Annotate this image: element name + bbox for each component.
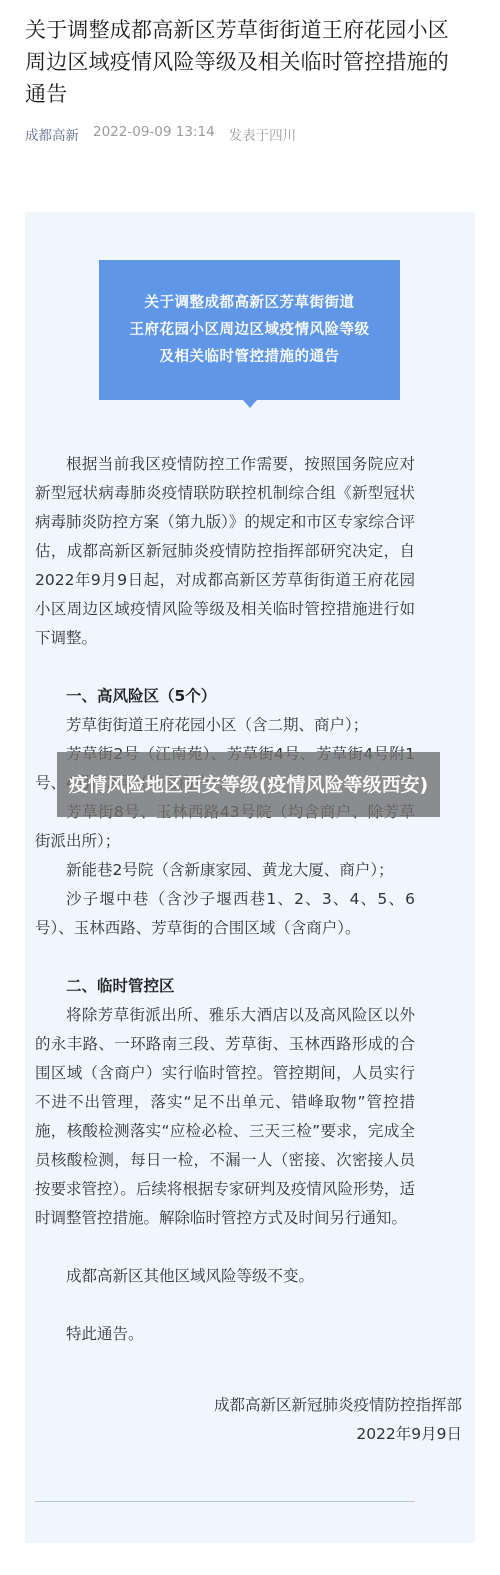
intro-paragraph: 根据当前我区疫情防控工作需要，按照国务院应对新型冠状病毒肺炎疫情联防联控机制综合…	[35, 450, 415, 653]
banner-line: 关于调整成都高新区芳草街街道	[99, 290, 400, 317]
signature-block: 成都高新区新冠肺炎疫情防控指挥部 2022年9月9日	[214, 1391, 462, 1449]
banner-line: 王府花园小区周边区域疫情风险等级	[99, 317, 400, 344]
article-title: 关于调整成都高新区芳草街街道王府花园小区周边区域疫情风险等级及相关临时管控措施的…	[25, 14, 465, 110]
divider-line	[35, 1501, 415, 1502]
publish-location: 发表于四川	[229, 124, 297, 144]
publish-datetime: 2022-09-09 13:14	[93, 124, 215, 144]
signature-date: 2022年9月9日	[214, 1420, 462, 1449]
banner-pointer	[243, 400, 257, 408]
source-account-link[interactable]: 成都高新	[25, 124, 79, 144]
notice-banner: 关于调整成都高新区芳草街街道 王府花园小区周边区域疫情风险等级 及相关临时管控措…	[99, 260, 400, 400]
article-meta: 成都高新 2022-09-09 13:14 发表于四川	[25, 124, 296, 144]
other-areas-paragraph: 成都高新区其他区域风险等级不变。	[35, 1262, 415, 1291]
banner-line: 及相关临时管控措施的通告	[99, 344, 400, 371]
section-heading-high-risk: 一、高风险区（5个）	[35, 682, 415, 711]
high-risk-item: 沙子堰中巷（含沙子堰西巷1、2、3、4、5、6号）、玉林西路、芳草街的合围区域（…	[35, 885, 415, 943]
high-risk-item: 芳草街街道王府花园小区（含二期、商户）；	[35, 711, 415, 740]
notice-body: 根据当前我区疫情防控工作需要，按照国务院应对新型冠状病毒肺炎疫情联防联控机制综合…	[35, 450, 415, 1349]
signature-org: 成都高新区新冠肺炎疫情防控指挥部	[214, 1391, 462, 1420]
section-heading-temporary-control: 二、临时管控区	[35, 972, 415, 1001]
closing-paragraph: 特此通告。	[35, 1320, 415, 1349]
high-risk-item: 新能巷2号院（含新康家园、黄龙大厦、商户）；	[35, 856, 415, 885]
temporary-control-paragraph: 将除芳草街派出所、雅乐大酒店以及高风险区以外的永丰路、一环路南三段、芳草街、玉林…	[35, 1001, 415, 1233]
watermark-overlay: 疫情风险地区西安等级(疫情风险等级西安)	[57, 752, 440, 817]
